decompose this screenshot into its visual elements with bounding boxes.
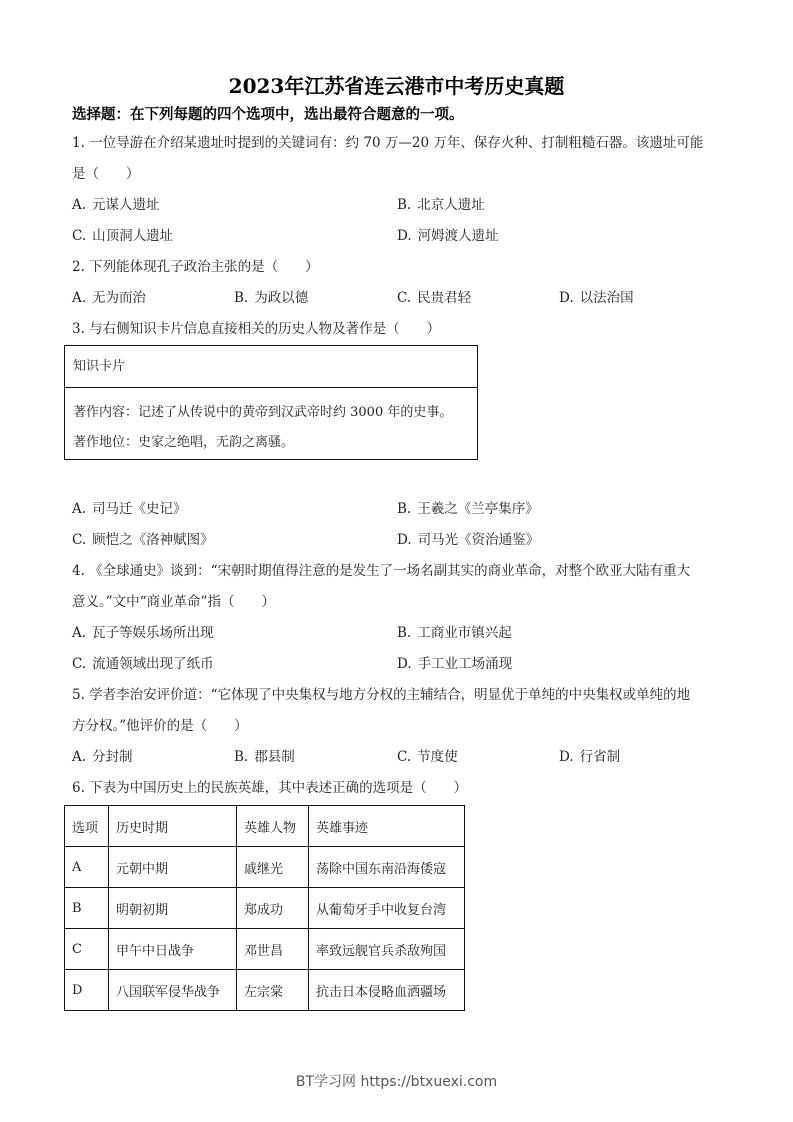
option-text: 无为而治	[92, 290, 146, 306]
option-text: 司马迁《史记》	[92, 501, 187, 517]
option-letter: A.	[72, 749, 86, 765]
watermark-footer: BT学习网 https://btxuexi.com	[0, 1071, 793, 1091]
table-cell: 八国联军侵华战争	[109, 970, 237, 1011]
question-4-option-c: C.流通领域出现了纸币	[72, 655, 214, 673]
table-cell: 邓世昌	[237, 929, 309, 970]
option-text: 顾恺之《洛神赋图》	[92, 532, 214, 548]
question-3-option-a: A.司马迁《史记》	[72, 500, 187, 518]
option-text: 手工业工场涌现	[418, 656, 513, 672]
question-1-stem-line-2: 是（ ）	[72, 165, 140, 183]
table-cell: 左宗棠	[237, 970, 309, 1011]
option-letter: D.	[397, 532, 412, 548]
option-text: 司马光《资治通鉴》	[418, 532, 540, 548]
table-cell: B	[65, 888, 109, 929]
table-cell: 甲午中日战争	[109, 929, 237, 970]
option-text: 郡县制	[254, 749, 295, 765]
table-cell: 元朝中期	[109, 847, 237, 888]
option-text: 山顶洞人遗址	[92, 228, 173, 244]
option-text: 以法治国	[580, 290, 634, 306]
question-2-option-d: D.以法治国	[559, 289, 634, 307]
option-letter: C.	[72, 228, 86, 244]
option-letter: B.	[397, 197, 411, 213]
table-cell: C	[65, 929, 109, 970]
option-letter: A.	[72, 197, 86, 213]
table-cell: 率致远舰官兵杀敌殉国	[309, 929, 465, 970]
table-header-cell: 选项	[65, 806, 109, 847]
question-5-option-d: D.行省制	[559, 748, 620, 766]
question-1-stem-line-1: 1. 一位导游在介绍某遗址时提到的关键词有：约 70 万—20 万年、保存火种、…	[72, 134, 703, 152]
question-2-option-a: A.无为而治	[72, 289, 146, 307]
option-letter: C.	[72, 532, 86, 548]
table-cell: 荡除中国东南沿海倭寇	[309, 847, 465, 888]
question-6-stem: 6. 下表为中国历史上的民族英雄，其中表述正确的选项是（ ）	[72, 779, 467, 797]
question-1-option-b: B.北京人遗址	[397, 196, 485, 214]
question-3-option-b: B.王羲之《兰亭集序》	[397, 500, 539, 518]
table-cell: 戚继光	[237, 847, 309, 888]
option-text: 北京人遗址	[417, 197, 485, 213]
question-4-stem-line-1: 4. 《全球通史》谈到：“宋朝时期值得注意的是发生了一场名副其实的商业革命，对整…	[72, 562, 690, 580]
table-cell: 抗击日本侵略血洒疆场	[309, 970, 465, 1011]
question-5-option-c: C.节度使	[397, 748, 458, 766]
question-5-stem-line-2: 方分权。”他评价的是（ ）	[72, 717, 248, 735]
question-1-option-d: D.河姆渡人遗址	[397, 227, 499, 245]
table-cell: D	[65, 970, 109, 1011]
option-letter: C.	[397, 290, 411, 306]
option-text: 流通领域出现了纸币	[92, 656, 214, 672]
table-cell: 郑成功	[237, 888, 309, 929]
option-text: 节度使	[417, 749, 458, 765]
option-letter: B.	[397, 501, 411, 517]
option-letter: B.	[234, 749, 248, 765]
option-letter: B.	[234, 290, 248, 306]
table-header-row: 选项 历史时期 英雄人物 英雄事迹	[65, 806, 465, 847]
knowledge-card-header: 知识卡片	[65, 346, 477, 388]
option-text: 为政以德	[254, 290, 308, 306]
table-row: A 元朝中期 戚继光 荡除中国东南沿海倭寇	[65, 847, 465, 888]
option-letter: D.	[397, 228, 412, 244]
option-letter: C.	[72, 656, 86, 672]
question-4-option-b: B.工商业市镇兴起	[397, 624, 512, 642]
knowledge-card-line: 著作地位：史家之绝唱，无韵之离骚。	[73, 428, 477, 458]
question-5-option-b: B.郡县制	[234, 748, 295, 766]
table-header-cell: 历史时期	[109, 806, 237, 847]
option-letter: A.	[72, 501, 86, 517]
table-cell: 从葡萄牙手中收复台湾	[309, 888, 465, 929]
option-text: 元谋人遗址	[92, 197, 160, 213]
question-3-option-c: C.顾恺之《洛神赋图》	[72, 531, 214, 549]
option-letter: B.	[397, 625, 411, 641]
option-text: 河姆渡人遗址	[418, 228, 499, 244]
question-4-option-d: D.手工业工场涌现	[397, 655, 512, 673]
question-3-stem: 3. 与右侧知识卡片信息直接相关的历史人物及著作是（ ）	[72, 320, 440, 338]
table-header-cell: 英雄人物	[237, 806, 309, 847]
option-letter: D.	[559, 290, 574, 306]
option-text: 分封制	[92, 749, 133, 765]
option-letter: D.	[559, 749, 574, 765]
question-1-option-a: A.元谋人遗址	[72, 196, 160, 214]
knowledge-card-body: 著作内容：记述了从传说中的黄帝到汉武帝时约 3000 年的史事。 著作地位：史家…	[65, 388, 477, 458]
question-4-stem-line-2: 意义。”文中“商业革命”指（ ）	[72, 593, 275, 611]
heroes-table: 选项 历史时期 英雄人物 英雄事迹 A 元朝中期 戚继光 荡除中国东南沿海倭寇 …	[64, 805, 465, 1011]
question-1-option-c: C.山顶洞人遗址	[72, 227, 173, 245]
knowledge-card-line: 著作内容：记述了从传说中的黄帝到汉武帝时约 3000 年的史事。	[73, 398, 477, 428]
table-header-cell: 英雄事迹	[309, 806, 465, 847]
option-letter: D.	[397, 656, 412, 672]
exam-page: 2023年江苏省连云港市中考历史真题 选择题：在下列每题的四个选项中，选出最符合…	[0, 0, 793, 1122]
option-letter: A.	[72, 625, 86, 641]
option-text: 瓦子等娱乐场所出现	[92, 625, 214, 641]
knowledge-card: 知识卡片 著作内容：记述了从传说中的黄帝到汉武帝时约 3000 年的史事。 著作…	[64, 345, 478, 460]
option-letter: C.	[397, 749, 411, 765]
question-3-option-d: D.司马光《资治通鉴》	[397, 531, 539, 549]
table-row: C 甲午中日战争 邓世昌 率致远舰官兵杀敌殉国	[65, 929, 465, 970]
table-cell: 明朝初期	[109, 888, 237, 929]
section-heading: 选择题：在下列每题的四个选项中，选出最符合题意的一项。	[72, 103, 464, 124]
question-5-option-a: A.分封制	[72, 748, 133, 766]
question-5-stem-line-1: 5. 学者李治安评价道：“它体现了中央集权与地方分权的主辅结合，明显优于单纯的中…	[72, 686, 690, 704]
question-4-option-a: A.瓦子等娱乐场所出现	[72, 624, 214, 642]
table-row: D 八国联军侵华战争 左宗棠 抗击日本侵略血洒疆场	[65, 970, 465, 1011]
option-text: 民贵君轻	[417, 290, 471, 306]
question-2-option-c: C.民贵君轻	[397, 289, 471, 307]
document-title: 2023年江苏省连云港市中考历史真题	[0, 70, 793, 99]
option-letter: A.	[72, 290, 86, 306]
option-text: 工商业市镇兴起	[417, 625, 512, 641]
option-text: 王羲之《兰亭集序》	[417, 501, 539, 517]
question-2-option-b: B.为政以德	[234, 289, 308, 307]
question-2-stem: 2. 下列能体现孔子政治主张的是（ ）	[72, 258, 319, 276]
option-text: 行省制	[580, 749, 621, 765]
table-cell: A	[65, 847, 109, 888]
table-row: B 明朝初期 郑成功 从葡萄牙手中收复台湾	[65, 888, 465, 929]
